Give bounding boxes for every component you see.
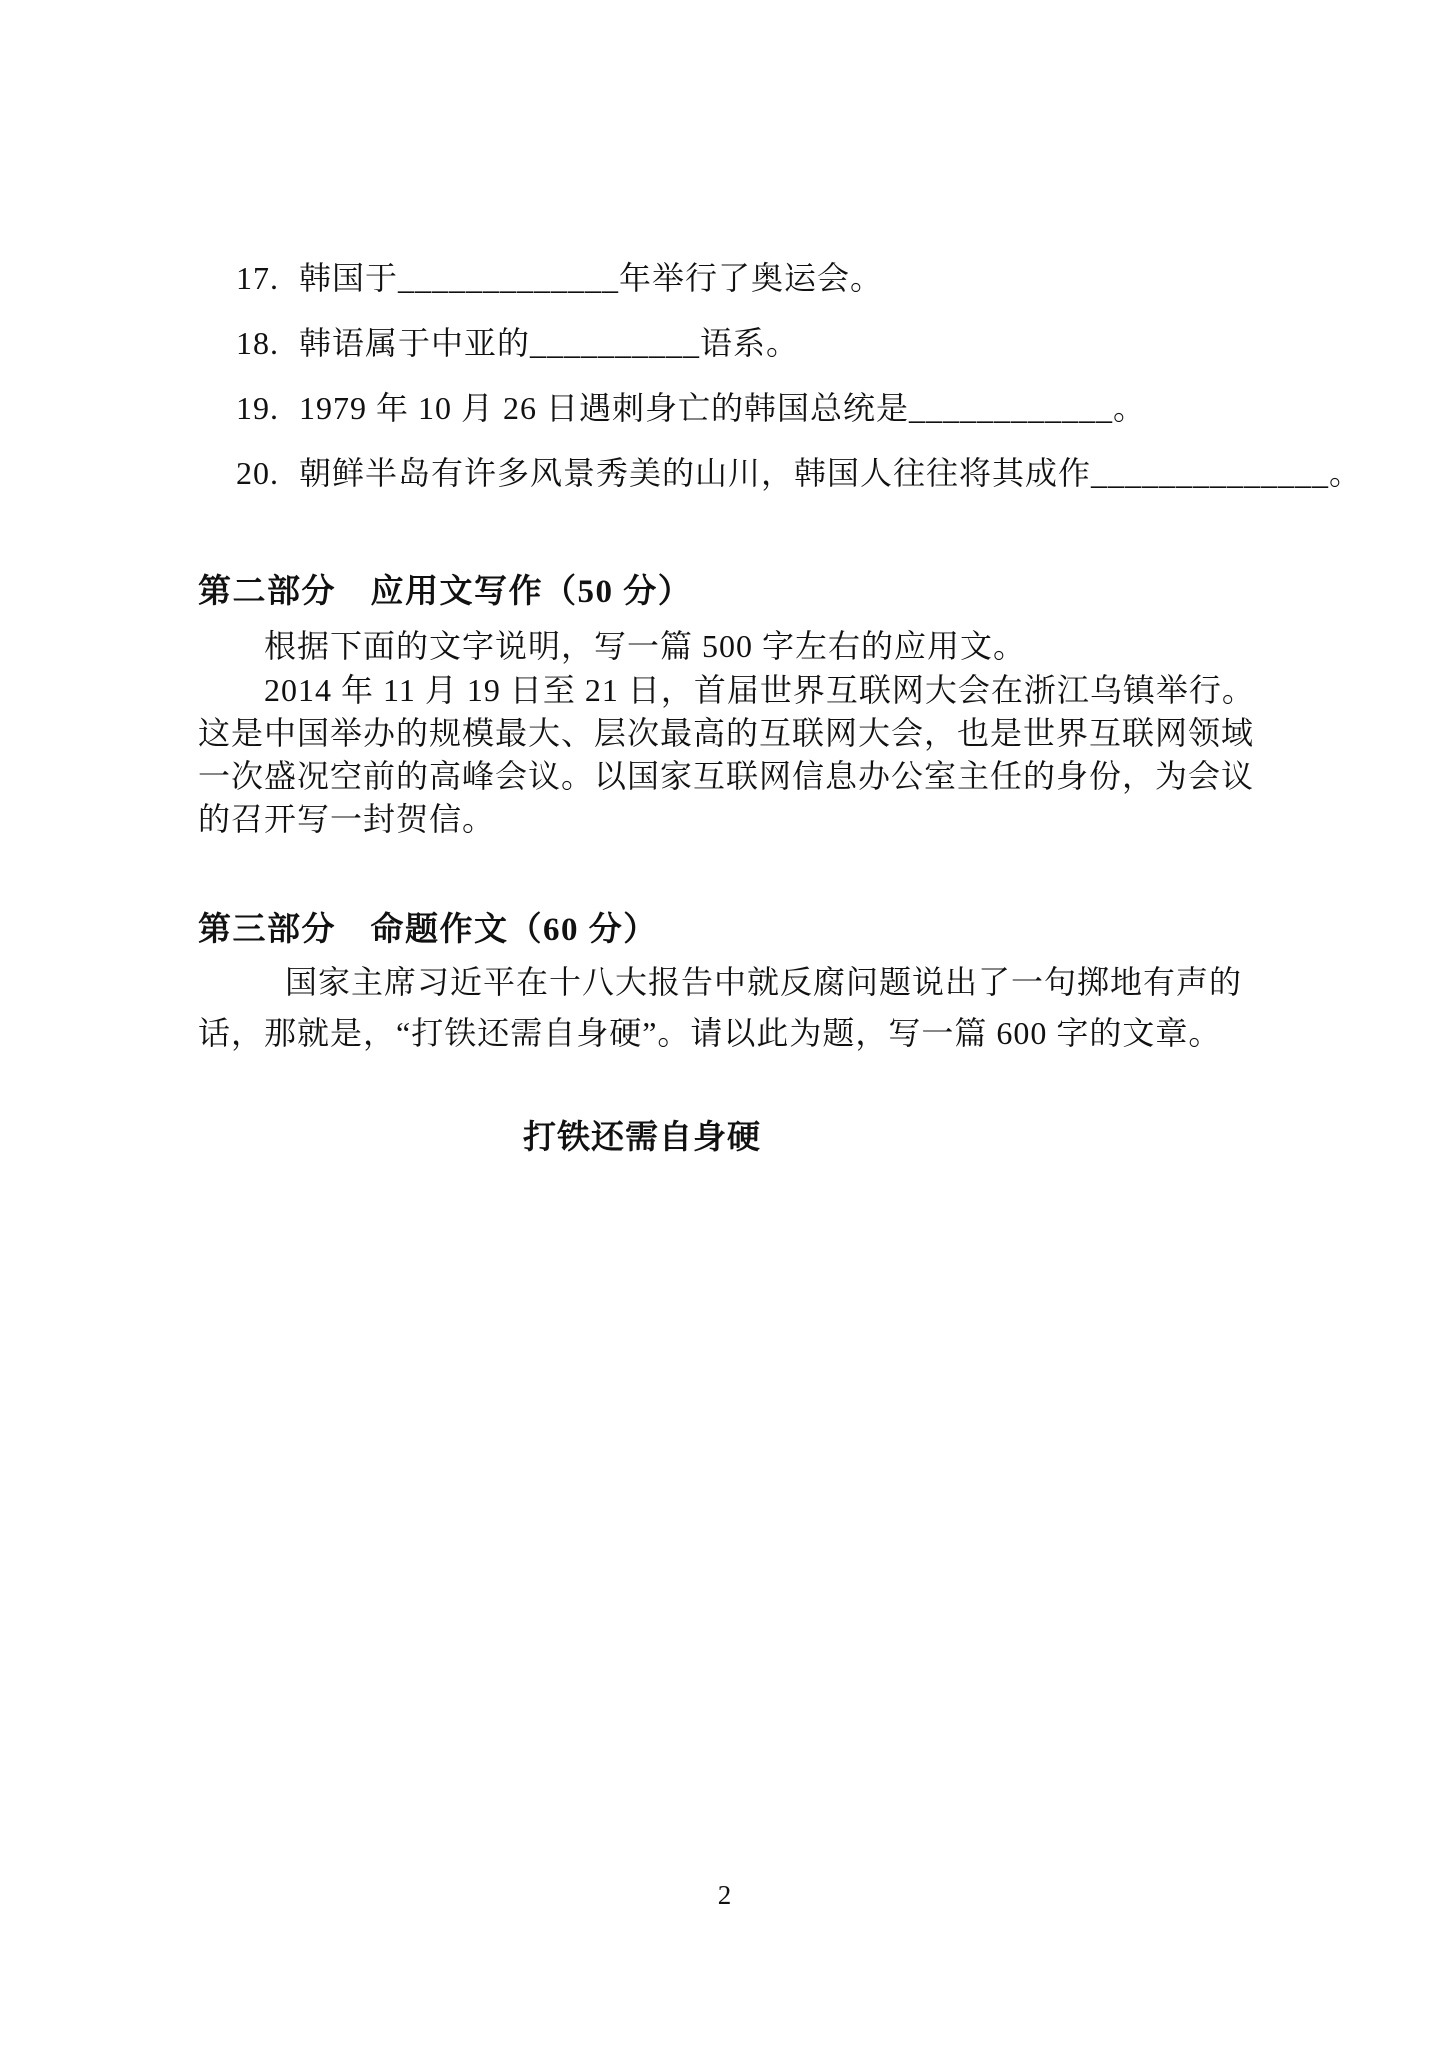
section2-body-line-2: 这是中国举办的规模最大、层次最高的互联网大会，也是世界互联网领域 bbox=[198, 713, 1254, 753]
page-number: 2 bbox=[0, 1880, 1449, 1911]
section2-body-line-3: 一次盛况空前的高峰会议。以国家互联网信息办公室主任的身份，为会议 bbox=[198, 756, 1254, 796]
section3-body-line-1: 国家主席习近平在十八大报告中就反腐问题说出了一句掷地有声的 bbox=[285, 962, 1242, 1002]
section2-intro: 根据下面的文字说明，写一篇 500 字左右的应用文。 bbox=[264, 626, 1026, 666]
section2-heading: 第二部分 应用文写作（50 分） bbox=[198, 572, 692, 612]
section3-heading: 第三部分 命题作文（60 分） bbox=[198, 910, 658, 950]
question-20-number: 20. bbox=[236, 453, 299, 493]
section2-body-line-1: 2014 年 11 月 19 日至 21 日，首届世界互联网大会在浙江乌镇举行。 bbox=[264, 670, 1255, 710]
exam-paper-page: 17.韩国于_____________年举行了奥运会。 18.韩语属于中亚的__… bbox=[0, 0, 1449, 2048]
section3-body-line-2: 话，那就是，“打铁还需自身硬”。请以此为题，写一篇 600 字的文章。 bbox=[198, 1013, 1221, 1053]
question-20-text: 朝鲜半岛有许多风景秀美的山川，韩国人往往将其成作______________。 bbox=[299, 455, 1362, 491]
section2-body-line-4: 的召开写一封贺信。 bbox=[198, 799, 495, 839]
essay-title: 打铁还需自身硬 bbox=[523, 1118, 761, 1158]
question-20: 20.朝鲜半岛有许多风景秀美的山川，韩国人往往将其成作_____________… bbox=[200, 413, 1362, 533]
